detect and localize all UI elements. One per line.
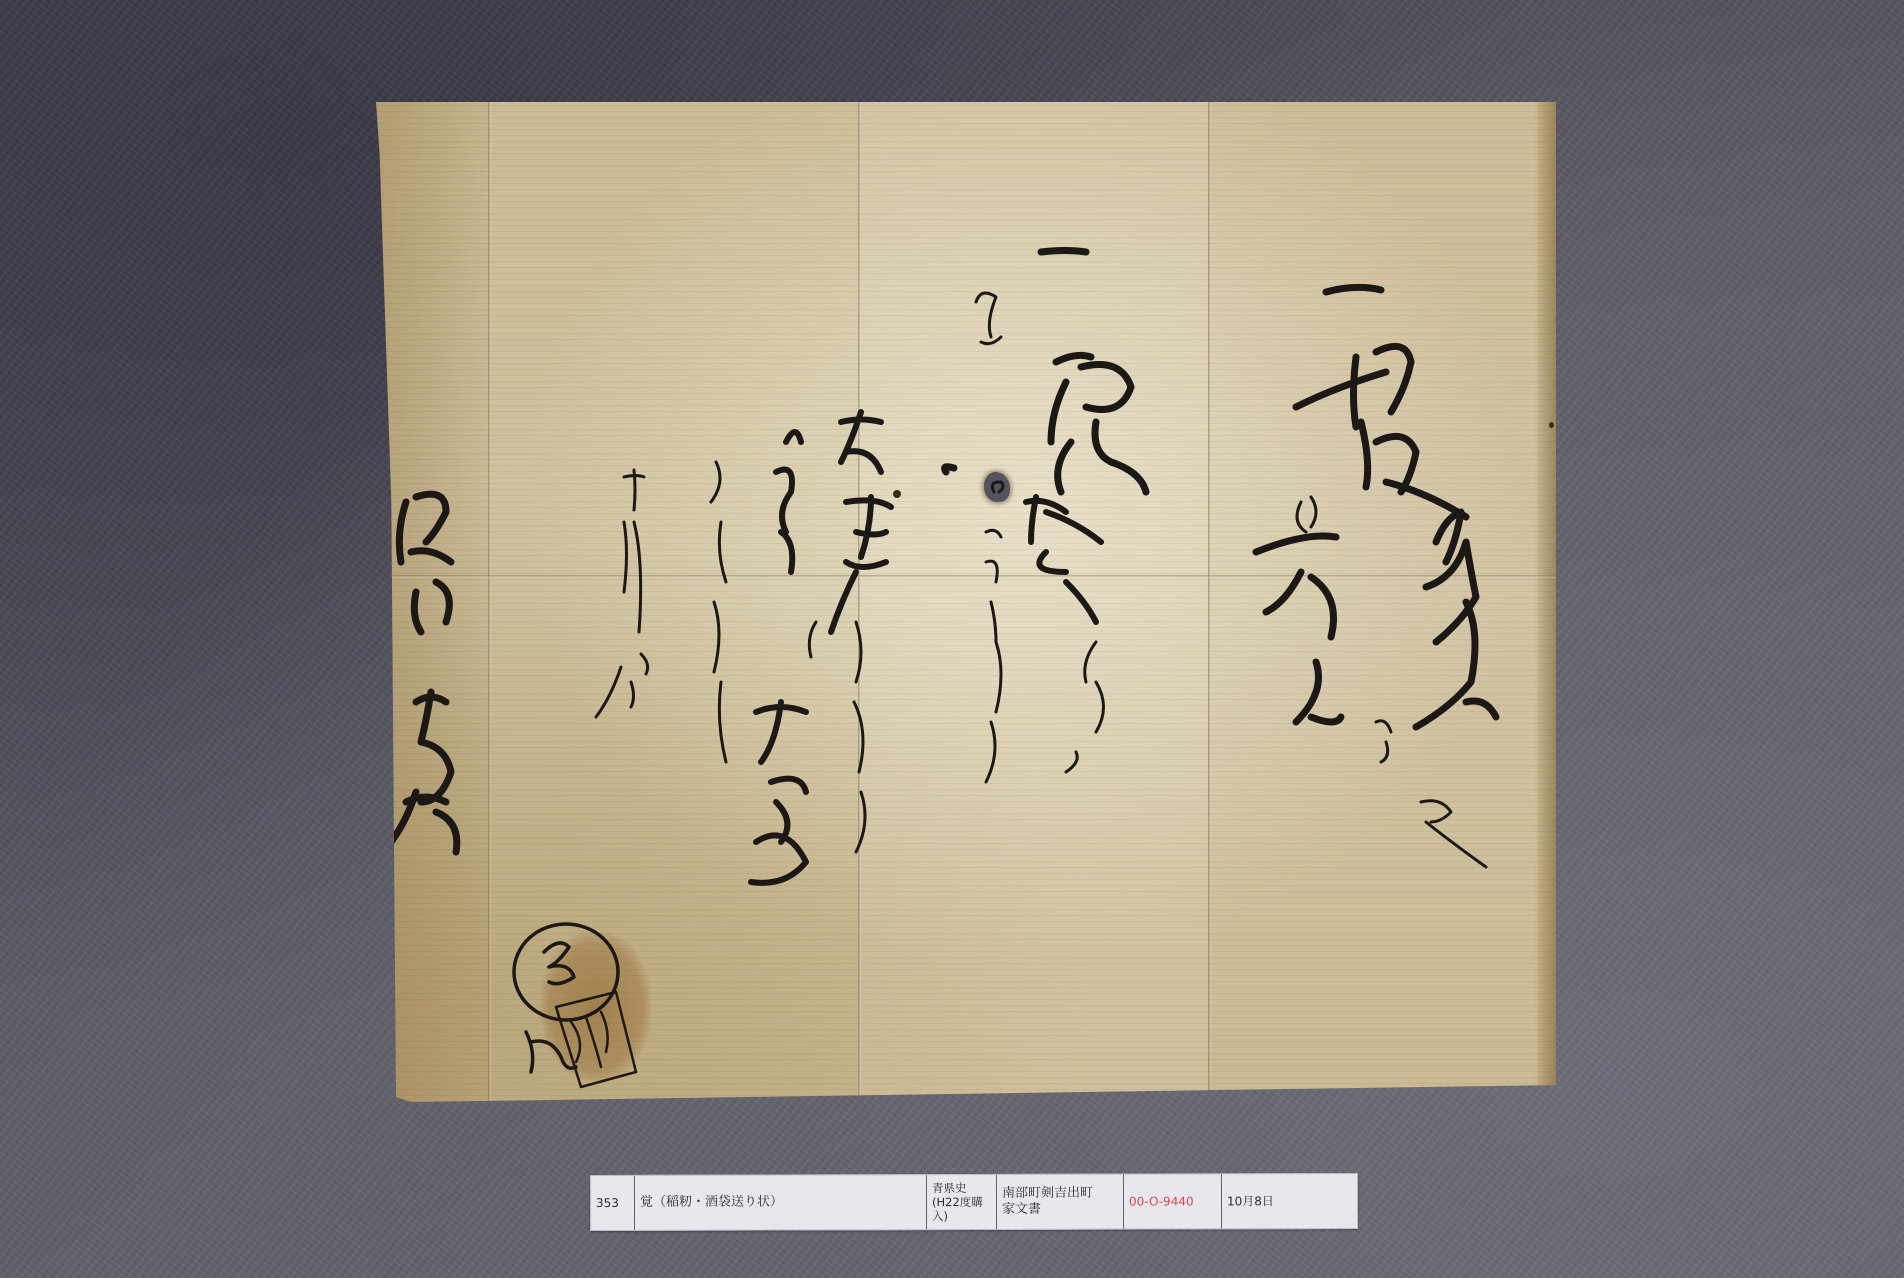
label-number: 353 (591, 1176, 635, 1230)
label-source: 青県史 (H22度購 入) (927, 1175, 997, 1229)
label-source-line1: 青県史 (932, 1181, 967, 1195)
glyph-col3 (945, 251, 1146, 493)
glyph-kaku (1416, 512, 1496, 727)
glyph-col4 (751, 412, 891, 883)
label-catalog-id: 00-O-9440 (1124, 1174, 1222, 1228)
glyph-col4-small (711, 462, 865, 852)
glyph-col2 (1256, 287, 1466, 722)
glyph-date (596, 470, 648, 717)
label-source-line2: (H22度購 (932, 1195, 983, 1209)
catalog-label: 353 覚（稲籾・酒袋送り状） 青県史 (H22度購 入) 南部町剣吉出町 家文… (590, 1173, 1358, 1231)
label-date: 10月8日 (1222, 1174, 1357, 1228)
glyph-signature (391, 494, 457, 852)
label-title: 覚（稲籾・酒袋送り状） (635, 1175, 927, 1230)
label-collection-line1: 南部町剣吉出町 (1002, 1186, 1093, 1202)
label-collection-line2: 家文書 (1002, 1202, 1041, 1218)
calligraphy-ink (376, 102, 1556, 1102)
glyph-col2-small (1297, 497, 1486, 867)
circle-mark (514, 924, 618, 1072)
document-paper (376, 102, 1556, 1102)
seal-stamp (556, 992, 636, 1087)
label-collection: 南部町剣吉出町 家文書 (997, 1175, 1124, 1229)
glyph-col3-lower (1026, 497, 1101, 622)
label-source-line3: 入) (932, 1209, 948, 1223)
